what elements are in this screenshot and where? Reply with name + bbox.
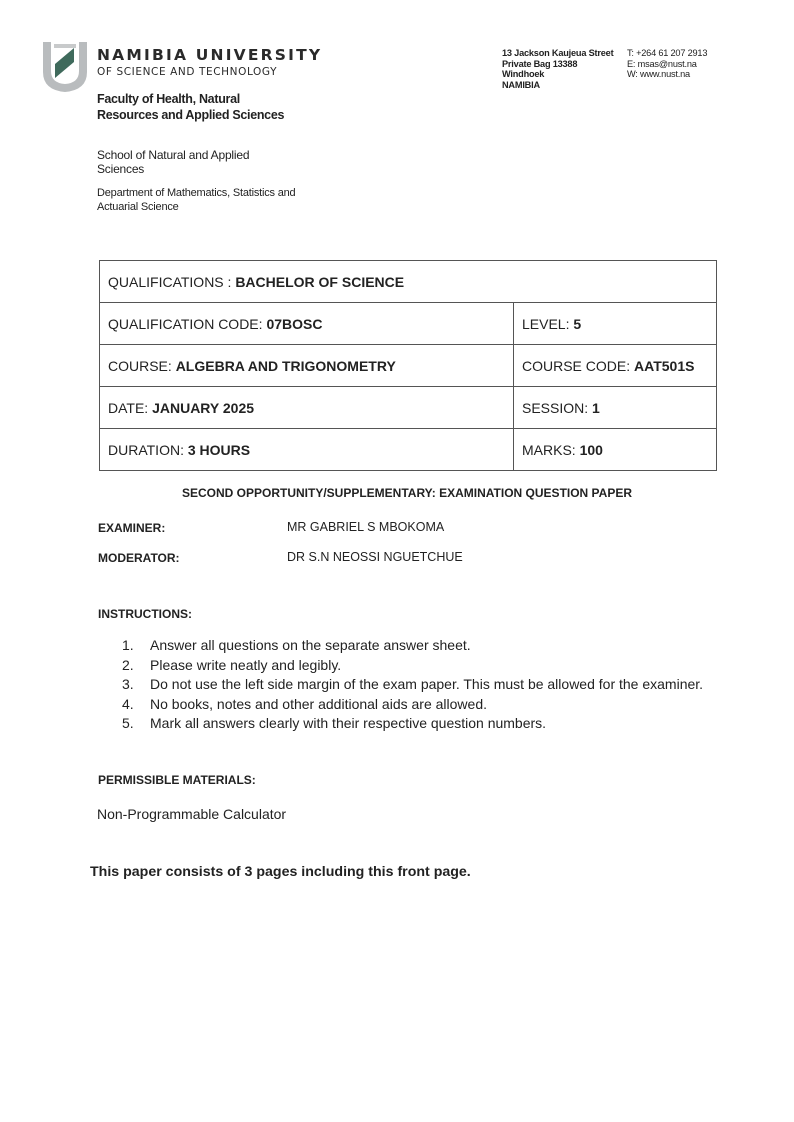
list-item: 1.Answer all questions on the separate a…: [122, 636, 712, 656]
table-row: COURSE: ALGEBRA AND TRIGONOMETRY COURSE …: [100, 345, 717, 387]
table-row: DATE: JANUARY 2025 SESSION: 1: [100, 387, 717, 429]
contact-email: E: msas@nust.na: [627, 59, 707, 70]
session-cell: SESSION: 1: [514, 387, 717, 429]
address-line: Windhoek: [502, 69, 613, 80]
faculty-name: Faculty of Health, Natural Resources and…: [97, 91, 297, 123]
qualification-code-cell: QUALIFICATION CODE: 07BOSC: [100, 303, 514, 345]
level-value: 5: [573, 316, 581, 332]
qualification-code-value: 07BOSC: [266, 316, 322, 332]
contact-details: T: +264 61 207 2913 E: msas@nust.na W: w…: [627, 48, 707, 80]
course-cell: COURSE: ALGEBRA AND TRIGONOMETRY: [100, 345, 514, 387]
marks-value: 100: [580, 442, 603, 458]
moderator-label: MODERATOR:: [98, 551, 180, 565]
list-item: 2.Please write neatly and legibly.: [122, 656, 712, 676]
university-subtitle: OF SCIENCE AND TECHNOLOGY: [97, 66, 277, 78]
list-item: 5.Mark all answers clearly with their re…: [122, 714, 712, 734]
table-row: QUALIFICATIONS : BACHELOR OF SCIENCE: [100, 261, 717, 303]
school-name: School of Natural and Applied Sciences: [97, 148, 297, 176]
exam-info-table: QUALIFICATIONS : BACHELOR OF SCIENCE QUA…: [99, 260, 717, 471]
paper-type-heading: SECOND OPPORTUNITY/SUPPLEMENTARY: EXAMIN…: [0, 486, 794, 500]
duration-value: 3 HOURS: [188, 442, 250, 458]
date-cell: DATE: JANUARY 2025: [100, 387, 514, 429]
contact-phone: T: +264 61 207 2913: [627, 48, 707, 59]
course-code-cell: COURSE CODE: AAT501S: [514, 345, 717, 387]
qualification-value: BACHELOR OF SCIENCE: [235, 274, 404, 290]
page-count-note: This paper consists of 3 pages including…: [90, 864, 471, 880]
marks-cell: MARKS: 100: [514, 429, 717, 471]
instructions-heading: INSTRUCTIONS:: [98, 607, 192, 621]
duration-cell: DURATION: 3 HOURS: [100, 429, 514, 471]
address-line: Private Bag 13388: [502, 59, 613, 70]
table-row: DURATION: 3 HOURS MARKS: 100: [100, 429, 717, 471]
university-shield-logo-icon: [40, 38, 90, 94]
university-name: NAMIBIA UNIVERSITY: [97, 46, 322, 64]
instructions-list: 1.Answer all questions on the separate a…: [122, 636, 712, 734]
examiner-label: EXAMINER:: [98, 521, 165, 535]
permissible-materials-heading: PERMISSIBLE MATERIALS:: [98, 773, 256, 787]
examiner-value: MR GABRIEL S MBOKOMA: [287, 520, 444, 534]
list-item: 3.Do not use the left side margin of the…: [122, 675, 712, 695]
date-value: JANUARY 2025: [152, 400, 254, 416]
address-line: NAMIBIA: [502, 80, 613, 91]
contact-website: W: www.nust.na: [627, 69, 707, 80]
level-cell: LEVEL: 5: [514, 303, 717, 345]
department-name: Department of Mathematics, Statistics an…: [97, 186, 297, 214]
postal-address: 13 Jackson Kaujeua Street Private Bag 13…: [502, 48, 613, 90]
moderator-value: DR S.N NEOSSI NGUETCHUE: [287, 550, 463, 564]
session-value: 1: [592, 400, 600, 416]
permissible-materials-value: Non-Programmable Calculator: [97, 806, 286, 822]
address-line: 13 Jackson Kaujeua Street: [502, 48, 613, 59]
table-row: QUALIFICATION CODE: 07BOSC LEVEL: 5: [100, 303, 717, 345]
list-item: 4.No books, notes and other additional a…: [122, 695, 712, 715]
course-value: ALGEBRA AND TRIGONOMETRY: [176, 358, 396, 374]
course-code-value: AAT501S: [634, 358, 694, 374]
qualifications-cell: QUALIFICATIONS : BACHELOR OF SCIENCE: [100, 261, 717, 303]
